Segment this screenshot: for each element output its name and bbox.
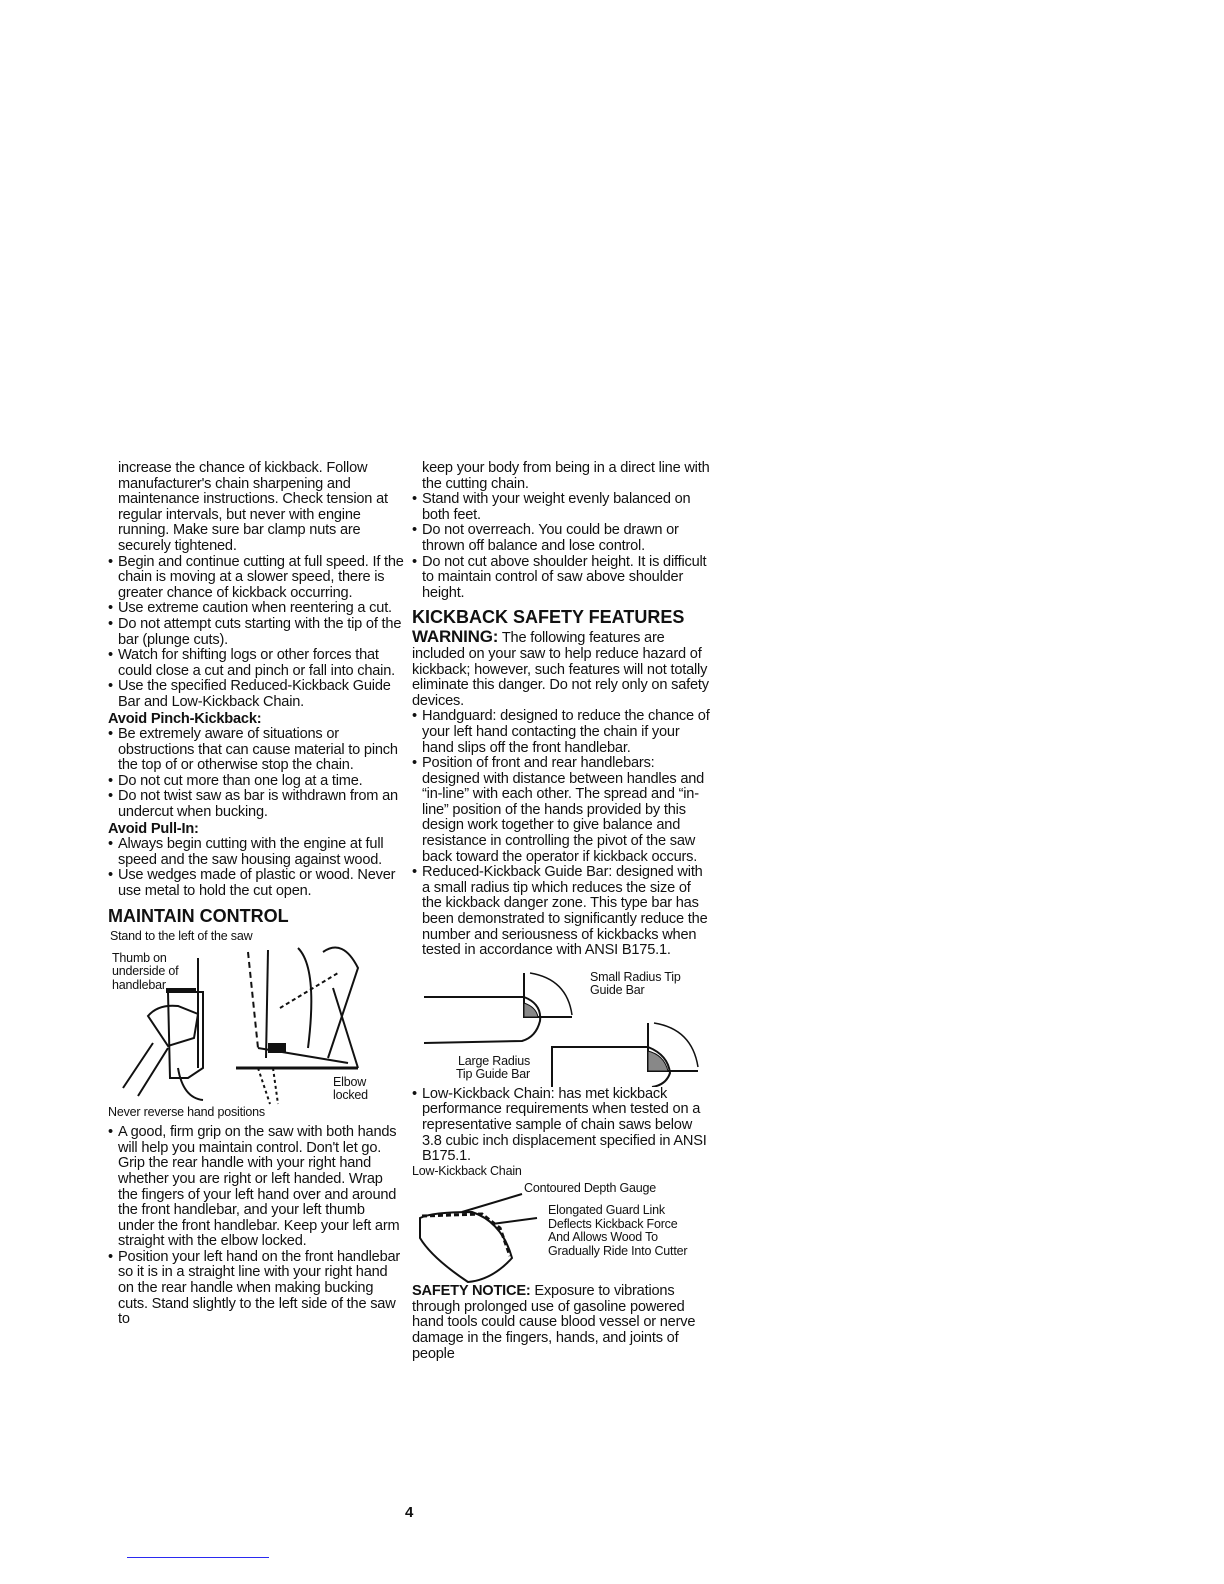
list-item: Be extremely aware of situations or obst… <box>108 727 404 774</box>
list-item: Watch for shifting logs or other forces … <box>108 648 404 679</box>
low-kickback-chain-figure: Contoured Depth Gauge Elongated Guard Li… <box>412 1178 712 1284</box>
list-item: Reduced-Kickback Guide Bar: designed wit… <box>412 865 712 959</box>
guide-bar-illustration <box>412 959 712 1087</box>
pinch-kickback-heading: Avoid Pinch-Kickback: <box>108 712 404 728</box>
left-column: increase the chance of kickback. Follow … <box>108 461 404 1328</box>
chain-figure-title: Low-Kickback Chain <box>412 1165 712 1179</box>
figure-caption: Never reverse hand positions <box>108 1106 404 1120</box>
maintain-control-heading: MAINTAIN CONTROL <box>108 906 404 926</box>
warning-label: WARNING: <box>412 627 498 646</box>
continued-paragraph: keep your body from being in a direct li… <box>412 461 712 492</box>
list-item: Position your left hand on the front han… <box>108 1250 404 1328</box>
continued-paragraph: increase the chance of kickback. Follow … <box>108 461 404 555</box>
list-item: Do not cut more than one log at a time. <box>108 774 404 790</box>
list-item: Do not cut above shoulder height. It is … <box>412 555 712 602</box>
list-item: Use wedges made of plastic or wood. Neve… <box>108 868 404 899</box>
kickback-features-heading: KICKBACK SAFETY FEATURES <box>412 607 712 627</box>
list-item: Do not overreach. You could be drawn or … <box>412 523 712 554</box>
pull-in-heading: Avoid Pull-In: <box>108 822 404 838</box>
chainsaw-grip-illustration <box>108 928 404 1106</box>
warning-paragraph: WARNING: The following features are incl… <box>412 629 712 709</box>
footer-rule <box>127 1557 269 1558</box>
list-item: Handguard: designed to reduce the chance… <box>412 709 712 756</box>
list-item: Always begin cutting with the engine at … <box>108 837 404 868</box>
right-column: keep your body from being in a direct li… <box>412 461 712 1362</box>
list-item: Position of front and rear handlebars: d… <box>412 756 712 865</box>
list-item: Use extreme caution when reentering a cu… <box>108 601 404 617</box>
guide-bar-figure: Small Radius Tip Guide Bar Large Radius … <box>412 959 712 1087</box>
list-item: A good, firm grip on the saw with both h… <box>108 1125 404 1250</box>
list-item: Use the specified Reduced-Kickback Guide… <box>108 679 404 710</box>
chain-illustration <box>412 1178 552 1284</box>
list-item: Begin and continue cutting at full speed… <box>108 555 404 602</box>
list-item: Stand with your weight evenly balanced o… <box>412 492 712 523</box>
safety-notice-label: SAFETY NOTICE: <box>412 1283 531 1299</box>
list-item: Low-Kickback Chain: has met kickback per… <box>412 1087 712 1165</box>
list-item: Do not attempt cuts starting with the ti… <box>108 617 404 648</box>
page-number: 4 <box>405 1504 413 1521</box>
safety-notice-paragraph: SAFETY NOTICE: Exposure to vibrations th… <box>412 1284 712 1362</box>
hand-position-figure: Stand to the left of the saw Thumb on un… <box>108 928 404 1106</box>
guard-link-label: Elongated Guard Link Deflects Kickback F… <box>548 1204 698 1258</box>
list-item: Do not twist saw as bar is withdrawn fro… <box>108 789 404 820</box>
